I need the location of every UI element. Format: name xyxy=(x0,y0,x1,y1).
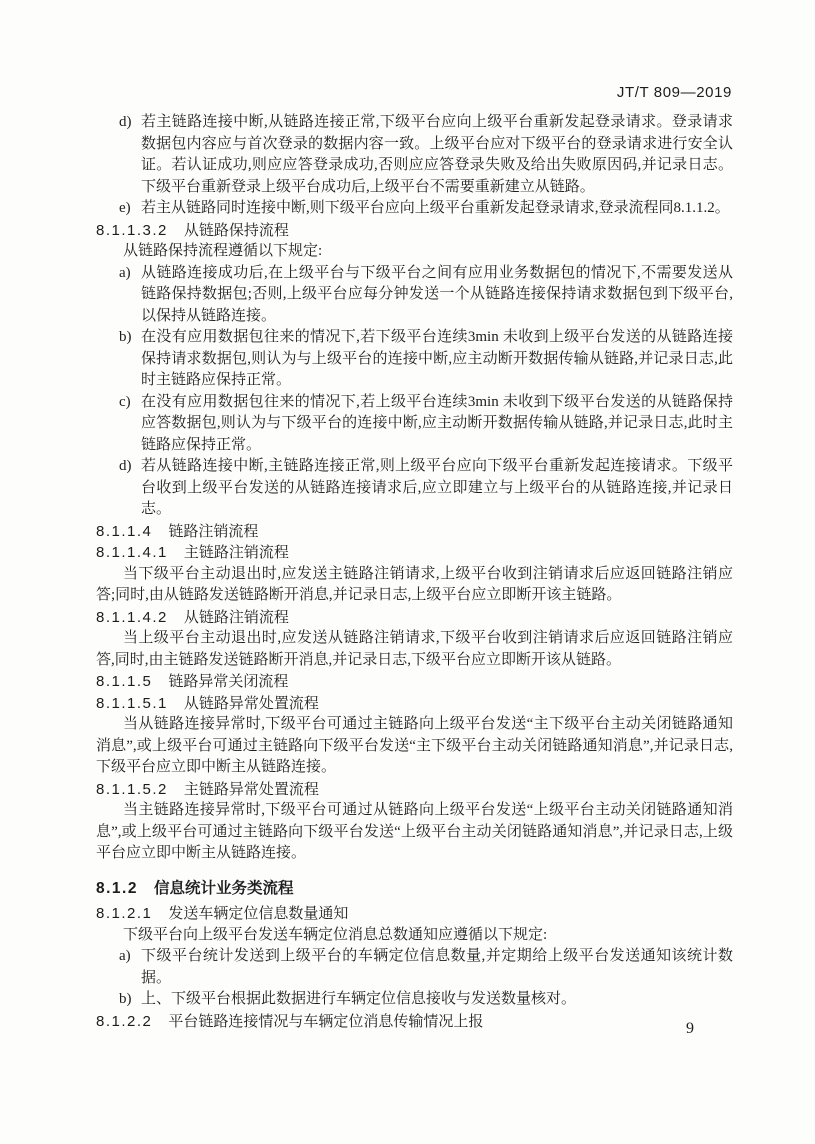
list-item-label: c) xyxy=(119,392,131,414)
list-item-text: 下级平台统计发送到上级平台的车辆定位信息数量,并定期给上级平台发送通知该统计数据… xyxy=(141,948,733,986)
clause-number: 8.1.2 xyxy=(96,880,138,897)
clause-heading: 8.1.1.3.2从链路保持流程 xyxy=(96,220,733,242)
clause-title: 链路注销流程 xyxy=(168,523,258,540)
clause-heading: 8.1.1.4链路注销流程 xyxy=(96,521,733,543)
clause-title: 发送车辆定位信息数量通知 xyxy=(168,905,348,922)
list-item-label: b) xyxy=(119,327,132,349)
list-item: d)若从链路连接中断,主链路连接正常,则上级平台应向下级平台重新发起连接请求。下… xyxy=(96,456,733,521)
list-item-label: a) xyxy=(119,263,131,285)
list-item: d)若主链路连接中断,从链路连接正常,下级平台应向上级平台重新发起登录请求。登录… xyxy=(96,112,733,198)
paragraph: 当上级平台主动退出时,应发送从链路注销请求,下级平台收到注销请求后应返回链路注销… xyxy=(96,628,733,671)
document-page: JT/T 809—2019 d)若主链路连接中断,从链路连接正常,下级平台应向上… xyxy=(0,0,815,1144)
clause-title: 主链路注销流程 xyxy=(184,544,289,561)
list-item: b)在没有应用数据包往来的情况下,若下级平台连续3min 未收到上级平台发送的从… xyxy=(96,327,733,392)
clause-heading: 8.1.2.1发送车辆定位信息数量通知 xyxy=(96,903,733,925)
clause-number: 8.1.1.5.2 xyxy=(96,781,168,798)
list-item-label: b) xyxy=(119,989,132,1011)
list-item: a)下级平台统计发送到上级平台的车辆定位信息数量,并定期给上级平台发送通知该统计… xyxy=(96,946,733,989)
list-item: a)从链路连接成功后,在上级平台与下级平台之间有应用业务数据包的情况下,不需要发… xyxy=(96,263,733,328)
list-item-label: a) xyxy=(119,946,131,968)
list-item-label: e) xyxy=(119,198,131,220)
list-item-text: 若从链路连接中断,主链路连接正常,则上级平台应向下级平台重新发起连接请求。下级平… xyxy=(141,458,733,517)
clause-title: 从链路注销流程 xyxy=(184,609,289,626)
clause-heading: 8.1.2.2平台链路连接情况与车辆定位消息传输情况上报 xyxy=(96,1011,733,1033)
clause-heading: 8.1.1.5链路异常关闭流程 xyxy=(96,671,733,693)
clause-number: 8.1.1.4.1 xyxy=(96,544,168,561)
clause-number: 8.1.2.2 xyxy=(96,1013,152,1030)
list-item-text: 从链路连接成功后,在上级平台与下级平台之间有应用业务数据包的情况下,不需要发送从… xyxy=(141,265,733,324)
clause-title: 平台链路连接情况与车辆定位消息传输情况上报 xyxy=(168,1013,483,1030)
clause-number: 8.1.2.1 xyxy=(96,905,152,922)
clause-heading: 8.1.1.5.1从链路异常处置流程 xyxy=(96,693,733,715)
clause-number: 8.1.1.4.2 xyxy=(96,609,168,626)
clause-number: 8.1.1.3.2 xyxy=(96,222,168,239)
list-item-text: 上、下级平台根据此数据进行车辆定位信息接收与发送数量核对。 xyxy=(141,991,576,1007)
clause-title: 主链路异常处置流程 xyxy=(184,781,319,798)
list-item: c)在没有应用数据包往来的情况下,若上级平台连续3min 未收到下级平台发送的从… xyxy=(96,392,733,457)
document-body: d)若主链路连接中断,从链路连接正常,下级平台应向上级平台重新发起登录请求。登录… xyxy=(96,112,733,1032)
paragraph: 从链路保持流程遵循以下规定: xyxy=(96,241,733,263)
paragraph: 下级平台向上级平台发送车辆定位消息总数通知应遵循以下规定: xyxy=(96,925,733,947)
list-item-label: d) xyxy=(119,456,132,478)
clause-title: 链路异常关闭流程 xyxy=(168,673,288,690)
paragraph: 当下级平台主动退出时,应发送主链路注销请求,上级平台收到注销请求后应返回链路注销… xyxy=(96,564,733,607)
standard-code-header: JT/T 809—2019 xyxy=(617,84,732,101)
clause-number: 8.1.1.5 xyxy=(96,673,152,690)
clause-title: 从链路异常处置流程 xyxy=(184,695,319,712)
clause-heading: 8.1.1.4.1主链路注销流程 xyxy=(96,542,733,564)
clause-heading: 8.1.1.4.2从链路注销流程 xyxy=(96,607,733,629)
clause-title: 信息统计业务类流程 xyxy=(154,880,294,897)
page-number: 9 xyxy=(686,1020,694,1038)
clause-heading: 8.1.1.5.2主链路异常处置流程 xyxy=(96,779,733,801)
list-item-text: 在没有应用数据包往来的情况下,若上级平台连续3min 未收到下级平台发送的从链路… xyxy=(141,394,733,453)
list-item-text: 若主链路连接中断,从链路连接正常,下级平台应向上级平台重新发起登录请求。登录请求… xyxy=(141,114,733,195)
list-item-text: 若主从链路同时连接中断,则下级平台应向上级平台重新发起登录请求,登录流程同8.1… xyxy=(141,200,730,216)
clause-heading: 8.1.2信息统计业务类流程 xyxy=(96,878,733,900)
list-item: e)若主从链路同时连接中断,则下级平台应向上级平台重新发起登录请求,登录流程同8… xyxy=(96,198,733,220)
list-item: b)上、下级平台根据此数据进行车辆定位信息接收与发送数量核对。 xyxy=(96,989,733,1011)
paragraph: 当从链路连接异常时,下级平台可通过主链路向上级平台发送“主下级平台主动关闭链路通… xyxy=(96,714,733,779)
clause-number: 8.1.1.5.1 xyxy=(96,695,168,712)
paragraph: 当主链路连接异常时,下级平台可通过从链路向上级平台发送“上级平台主动关闭链路通知… xyxy=(96,800,733,865)
list-item-label: d) xyxy=(119,112,132,134)
clause-number: 8.1.1.4 xyxy=(96,523,152,540)
clause-title: 从链路保持流程 xyxy=(184,222,289,239)
list-item-text: 在没有应用数据包往来的情况下,若下级平台连续3min 未收到上级平台发送的从链路… xyxy=(141,329,733,388)
